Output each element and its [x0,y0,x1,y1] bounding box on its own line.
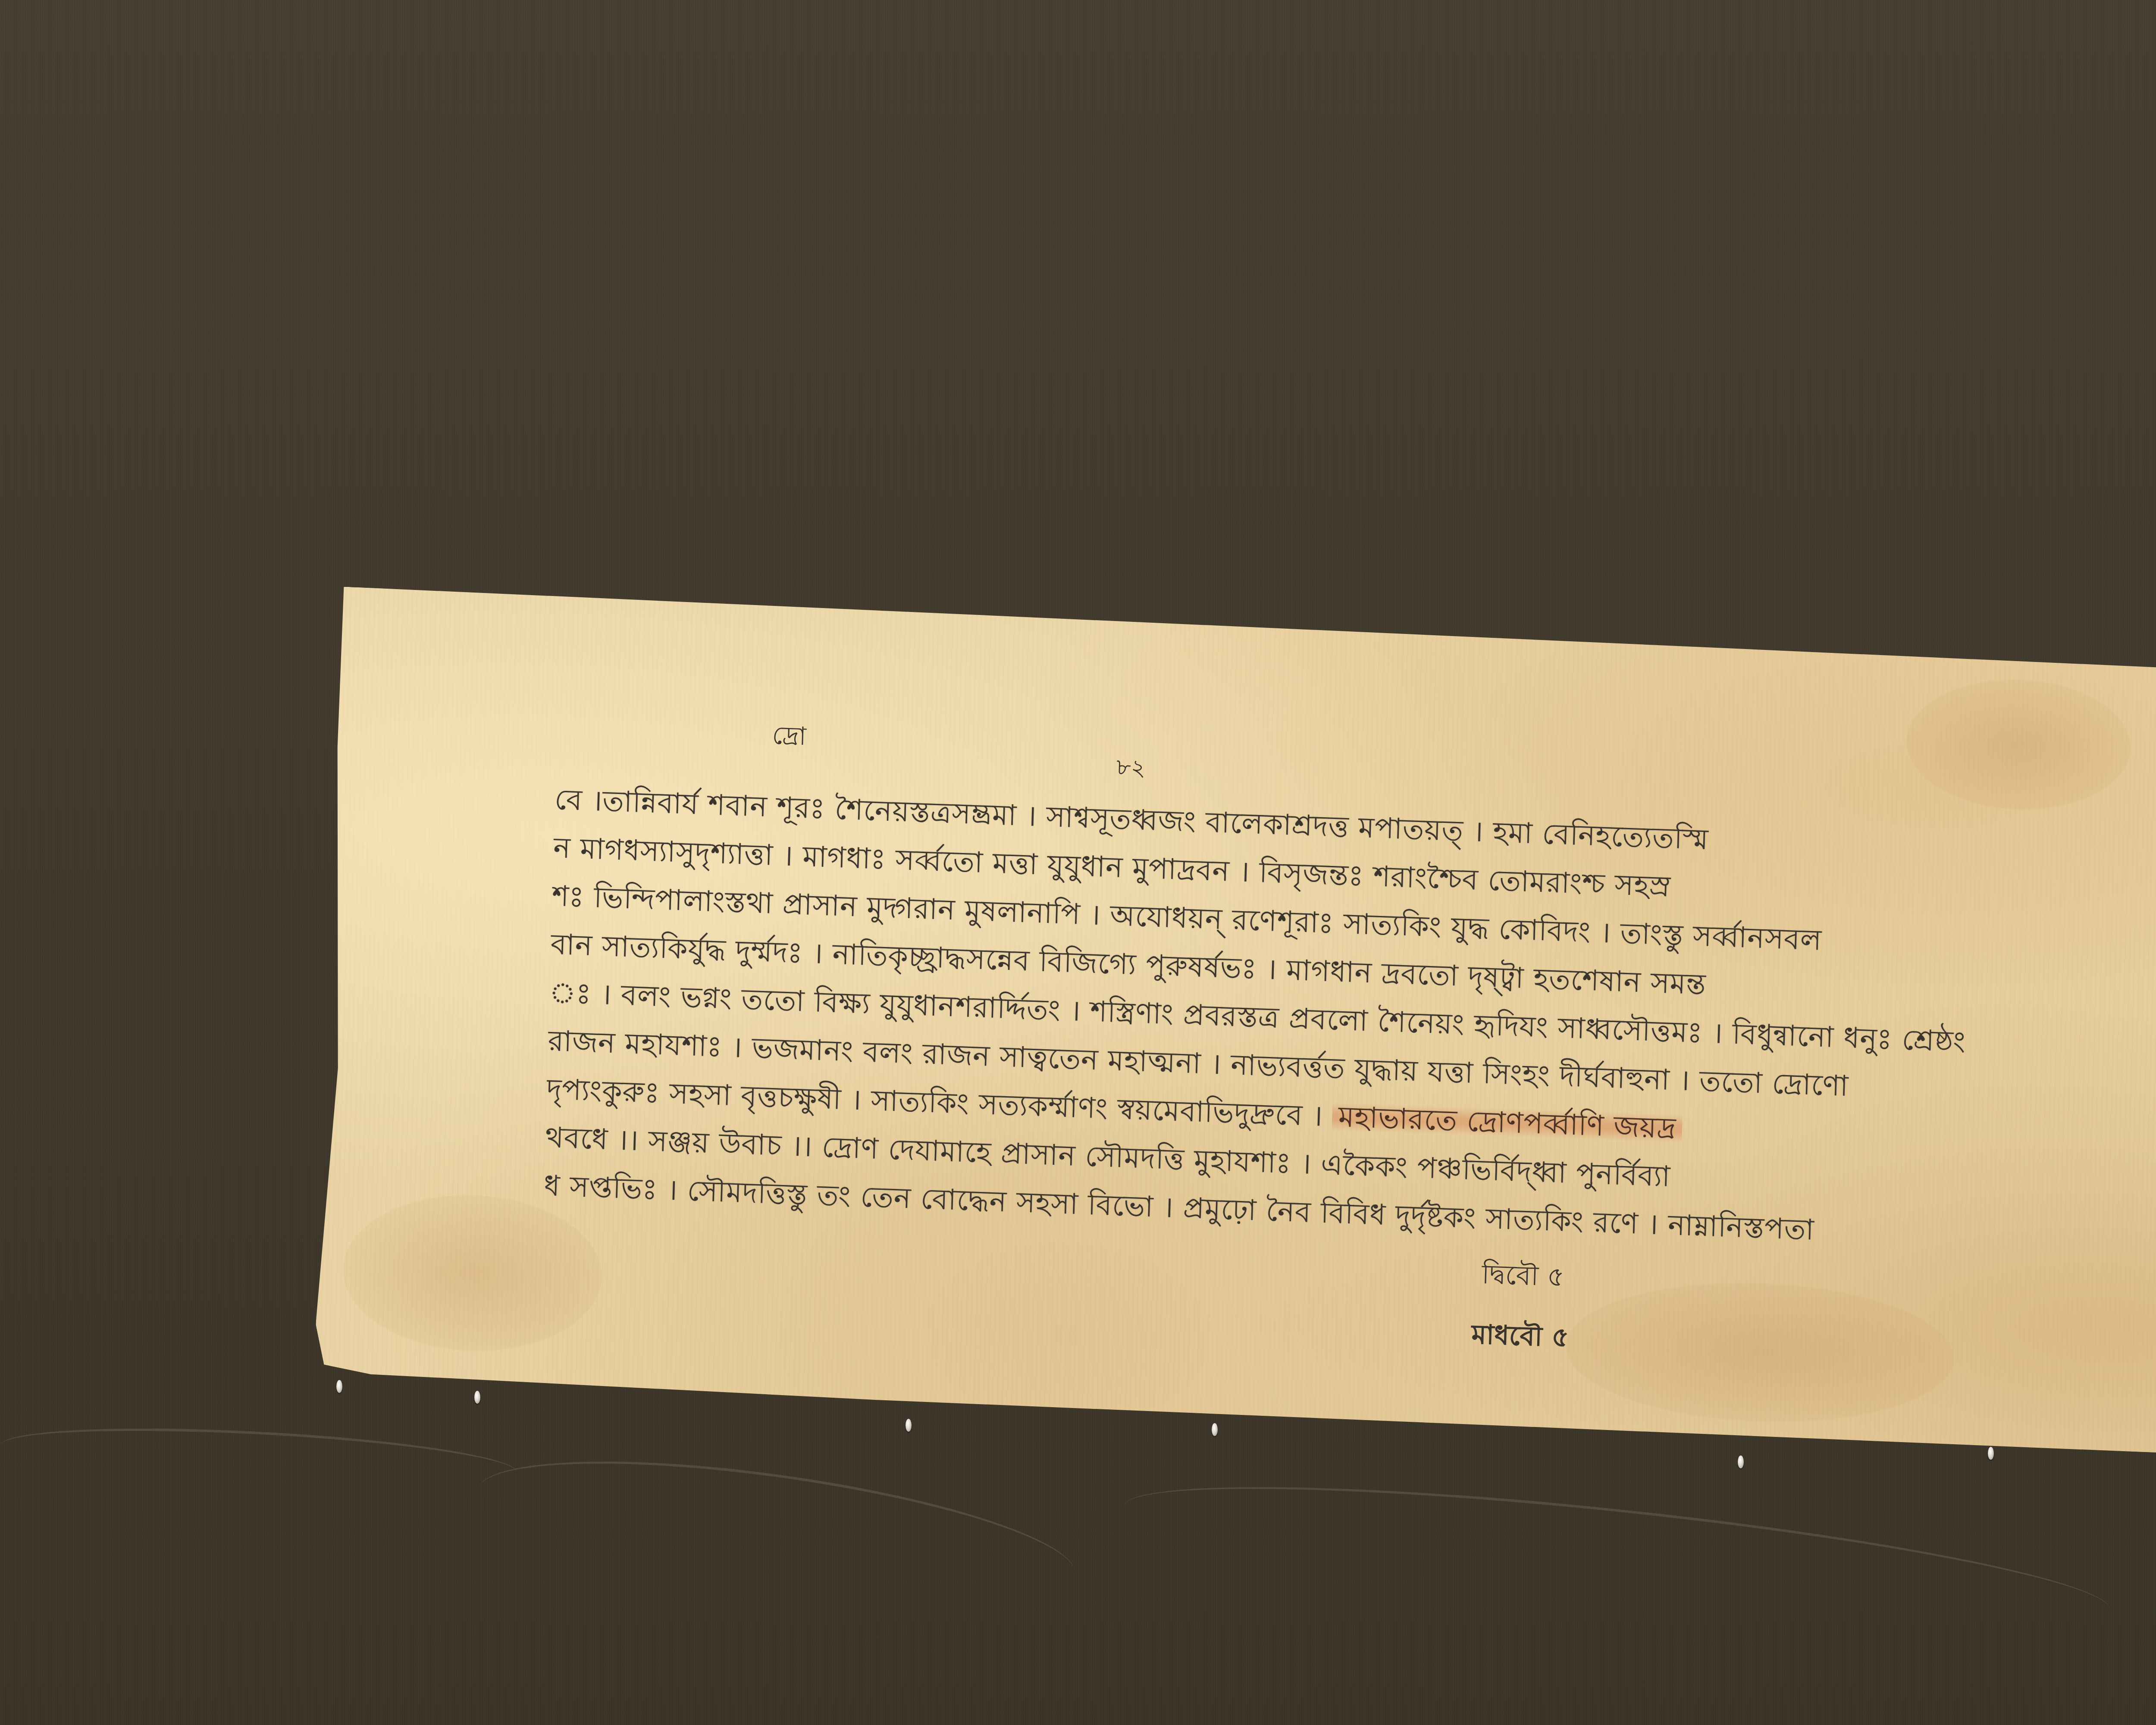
mounting-pin [1988,1447,1994,1460]
board-scratch-mark [469,1433,1083,1631]
mounting-pin [1212,1423,1218,1436]
mounting-pin [1738,1455,1744,1468]
board-scratch-mark [1119,1458,2115,1658]
mounting-pin [474,1391,480,1404]
paper-stain [1905,676,2132,813]
red-rubric-colophon: মহাভারতে দ্রোণপর্ব্বাণি জয়দ্র [1332,1100,1683,1145]
folio-number: ৮২ [1116,756,1146,779]
mounting-pin [336,1380,342,1393]
paper-stain [341,1191,604,1355]
lower-marginal-note: দ্বিবৌ ৫ [1482,1261,1565,1291]
paper-stain [1564,1277,1955,1428]
manuscript-folio: দ্রো ৮২ বে ।তান্নিবার্য শবান শূরঃ শৈনেয়… [314,586,2156,1454]
lower-marginal-note: মাধবৌ ৫ [1471,1321,1570,1351]
mounting-pin [906,1419,912,1432]
board-scratch-mark [0,1418,518,1500]
manuscript-text: বে ।তান্নিবার্য শবান শূরঃ শৈনেয়স্তত্রসম… [543,775,2029,1261]
folio-header-mark: দ্রো [772,722,806,749]
display-board: দ্রো ৮২ বে ।তান্নিবার্য শবান শূরঃ শৈনেয়… [0,0,2156,1725]
